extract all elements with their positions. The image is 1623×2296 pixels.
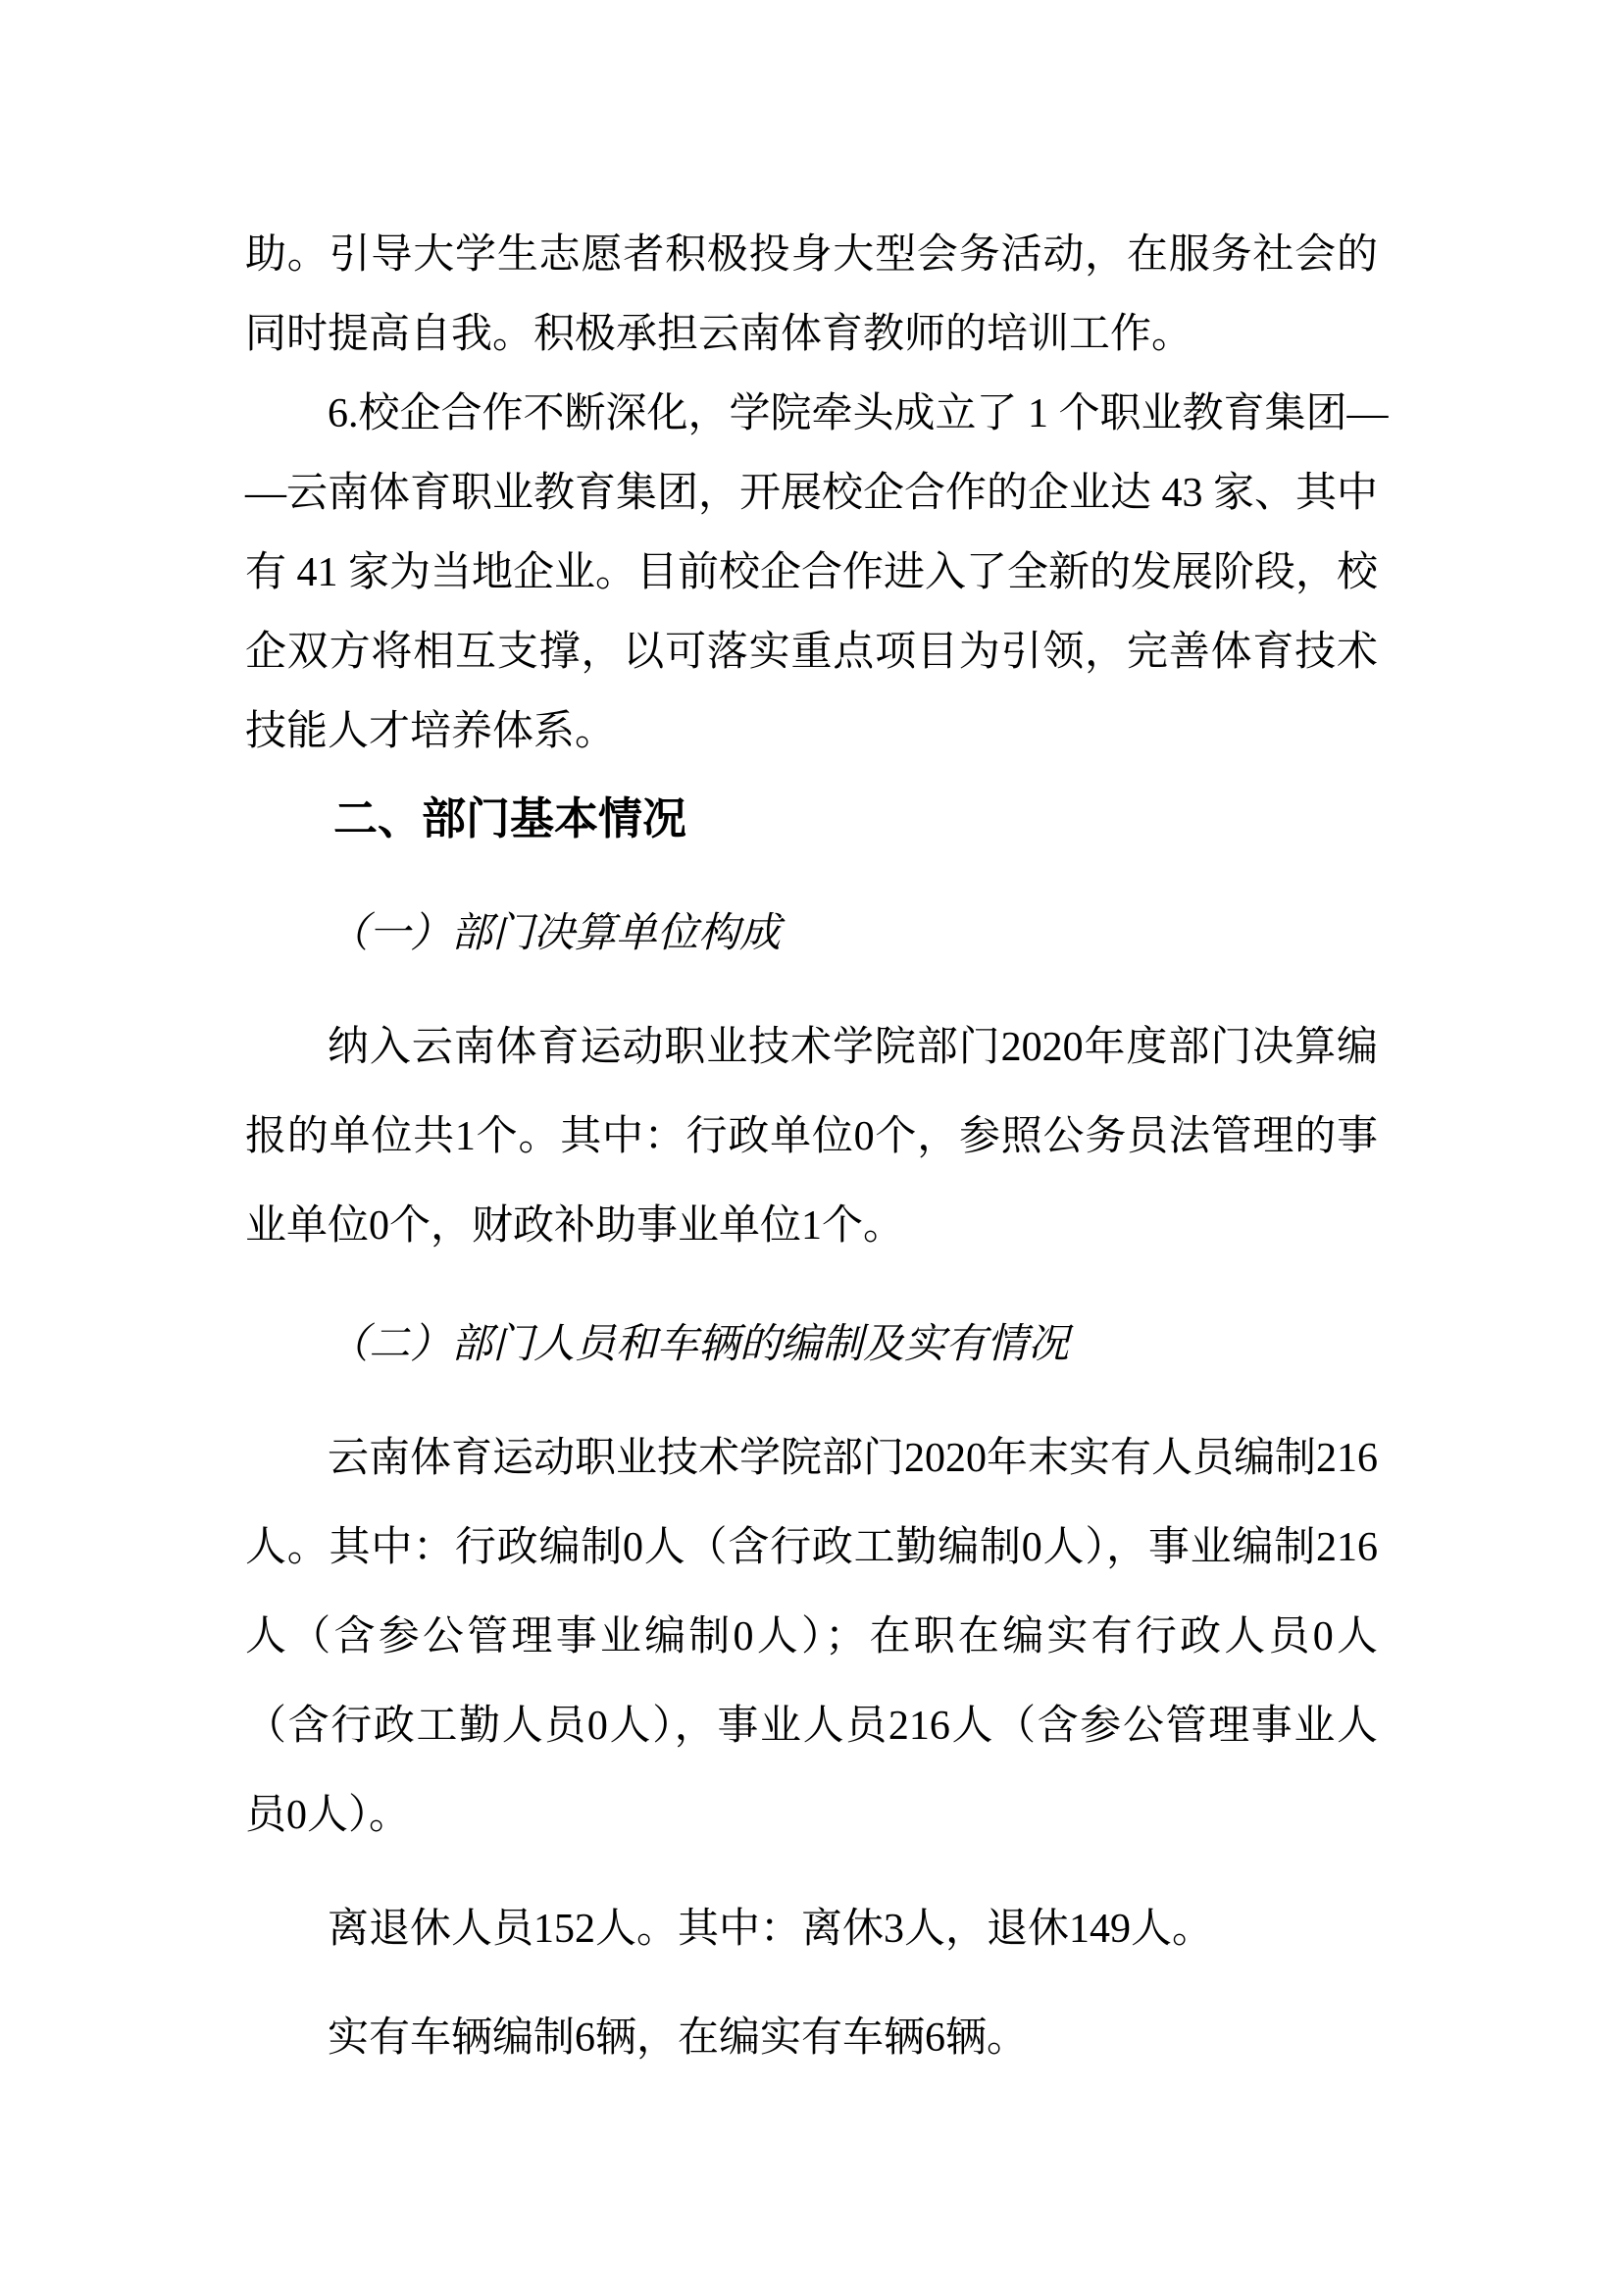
paragraph-retirees: 离退休人员152人。其中：离休3人，退休149人。 (245, 1885, 1378, 1974)
paragraph-staffing: 云南体育运动职业技术学院部门2020年末实有人员编制216 人。其中：行政编制0… (245, 1414, 1378, 1861)
text-line: 纳入云南体育运动职业技术学院部门2020年度部门决算编 (245, 1003, 1378, 1093)
paragraph-vehicles: 实有车辆编制6辆，在编实有车辆6辆。 (245, 1994, 1378, 2083)
text-line: 企双方将相互支撑，以可落实重点项目为引领，完善体育技术 (245, 613, 1378, 692)
text-line: 人（含参公管理事业编制0人）；在职在编实有行政人员0人 (245, 1593, 1378, 1682)
text-line: 业单位0个，财政补助事业单位1个。 (245, 1182, 1378, 1271)
subsection-heading-1: （一）部门决算单位构成 (245, 890, 1378, 979)
text-line: 员0人）。 (245, 1771, 1378, 1861)
text-line: （含行政工勤人员0人），事业人员216人（含参公管理事业人 (245, 1682, 1378, 1771)
text-line: 人。其中：行政编制0人（含行政工勤编制0人），事业编制216 (245, 1504, 1378, 1593)
text-line: 助。引导大学生志愿者积极投身大型会务活动，在服务社会的 (245, 216, 1378, 295)
text-line: 6.校企合作不断深化，学院牵头成立了 1 个职业教育集团— (245, 375, 1378, 454)
text-line: 有 41 家为当地企业。目前校企合作进入了全新的发展阶段，校 (245, 534, 1378, 613)
text-line: 实有车辆编制6辆，在编实有车辆6辆。 (245, 1994, 1378, 2083)
text-line: 同时提高自我。积极承担云南体育教师的培训工作。 (245, 295, 1378, 375)
text-line: —云南体育职业教育集团，开展校企合作的企业达 43 家、其中 (245, 454, 1378, 534)
text-line: 云南体育运动职业技术学院部门2020年末实有人员编制216 (245, 1414, 1378, 1504)
text-line: 技能人才培养体系。 (245, 692, 1378, 772)
paragraph-final-accounts-units: 纳入云南体育运动职业技术学院部门2020年度部门决算编 报的单位共1个。其中：行… (245, 1003, 1378, 1271)
text-line: 报的单位共1个。其中：行政单位0个，参照公务员法管理的事 (245, 1093, 1378, 1182)
document-page: 助。引导大学生志愿者积极投身大型会务活动，在服务社会的 同时提高自我。积极承担云… (0, 0, 1623, 2296)
section-heading-basic-info: 二、部门基本情况 (245, 777, 1378, 860)
subsection-heading-2: （二）部门人员和车辆的编制及实有情况 (245, 1301, 1378, 1390)
text-line: 离退休人员152人。其中：离休3人，退休149人。 (245, 1885, 1378, 1974)
